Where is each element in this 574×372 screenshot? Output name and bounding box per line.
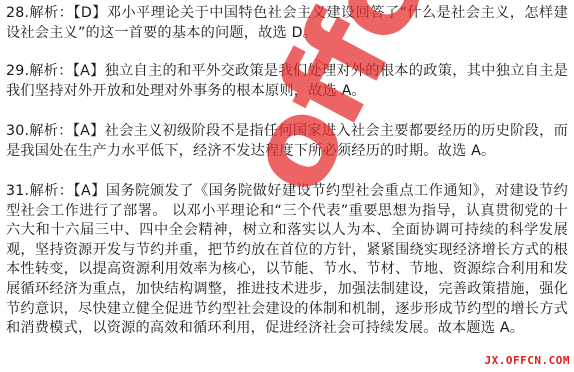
site-logo: JX.OFFCN.COM xyxy=(485,354,570,367)
explanation-31: 31.解析：【A】国务院颁发了《国务院做好建设节约型社会重点工作通知》，对建设节… xyxy=(6,182,568,339)
explanation-28: 28.解析：【D】邓小平理论关于中国特色社会主义建设回答了“什么是社会主义，怎样… xyxy=(6,4,568,43)
explanation-29: 29.解析：【A】独立自主的和平外交政策是我们处理对外的根本的政策，其中独立自主… xyxy=(6,62,568,101)
explanation-30: 30.解析：【A】社会主义初级阶段不是指任何国家进入社会主要都要经历的历史阶段，… xyxy=(6,122,568,161)
